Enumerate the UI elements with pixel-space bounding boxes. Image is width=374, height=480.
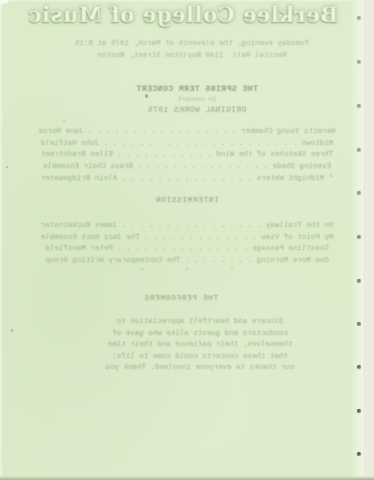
binding-hole-mark — [357, 104, 361, 108]
binding-hole-mark — [357, 452, 361, 456]
binding-hole-mark — [357, 365, 361, 369]
binding-hole-mark — [357, 16, 361, 20]
binding-hole-mark — [357, 148, 361, 152]
binding-hole-mark — [357, 235, 361, 239]
binding-hole-mark — [357, 409, 361, 413]
binding-marks — [0, 0, 374, 480]
binding-hole-mark — [357, 60, 361, 64]
scanned-page: Berklee College of Music Tuesday evening… — [0, 0, 374, 480]
binding-hole-mark — [357, 191, 361, 195]
binding-hole-mark — [357, 279, 361, 283]
binding-hole-mark — [357, 322, 361, 326]
